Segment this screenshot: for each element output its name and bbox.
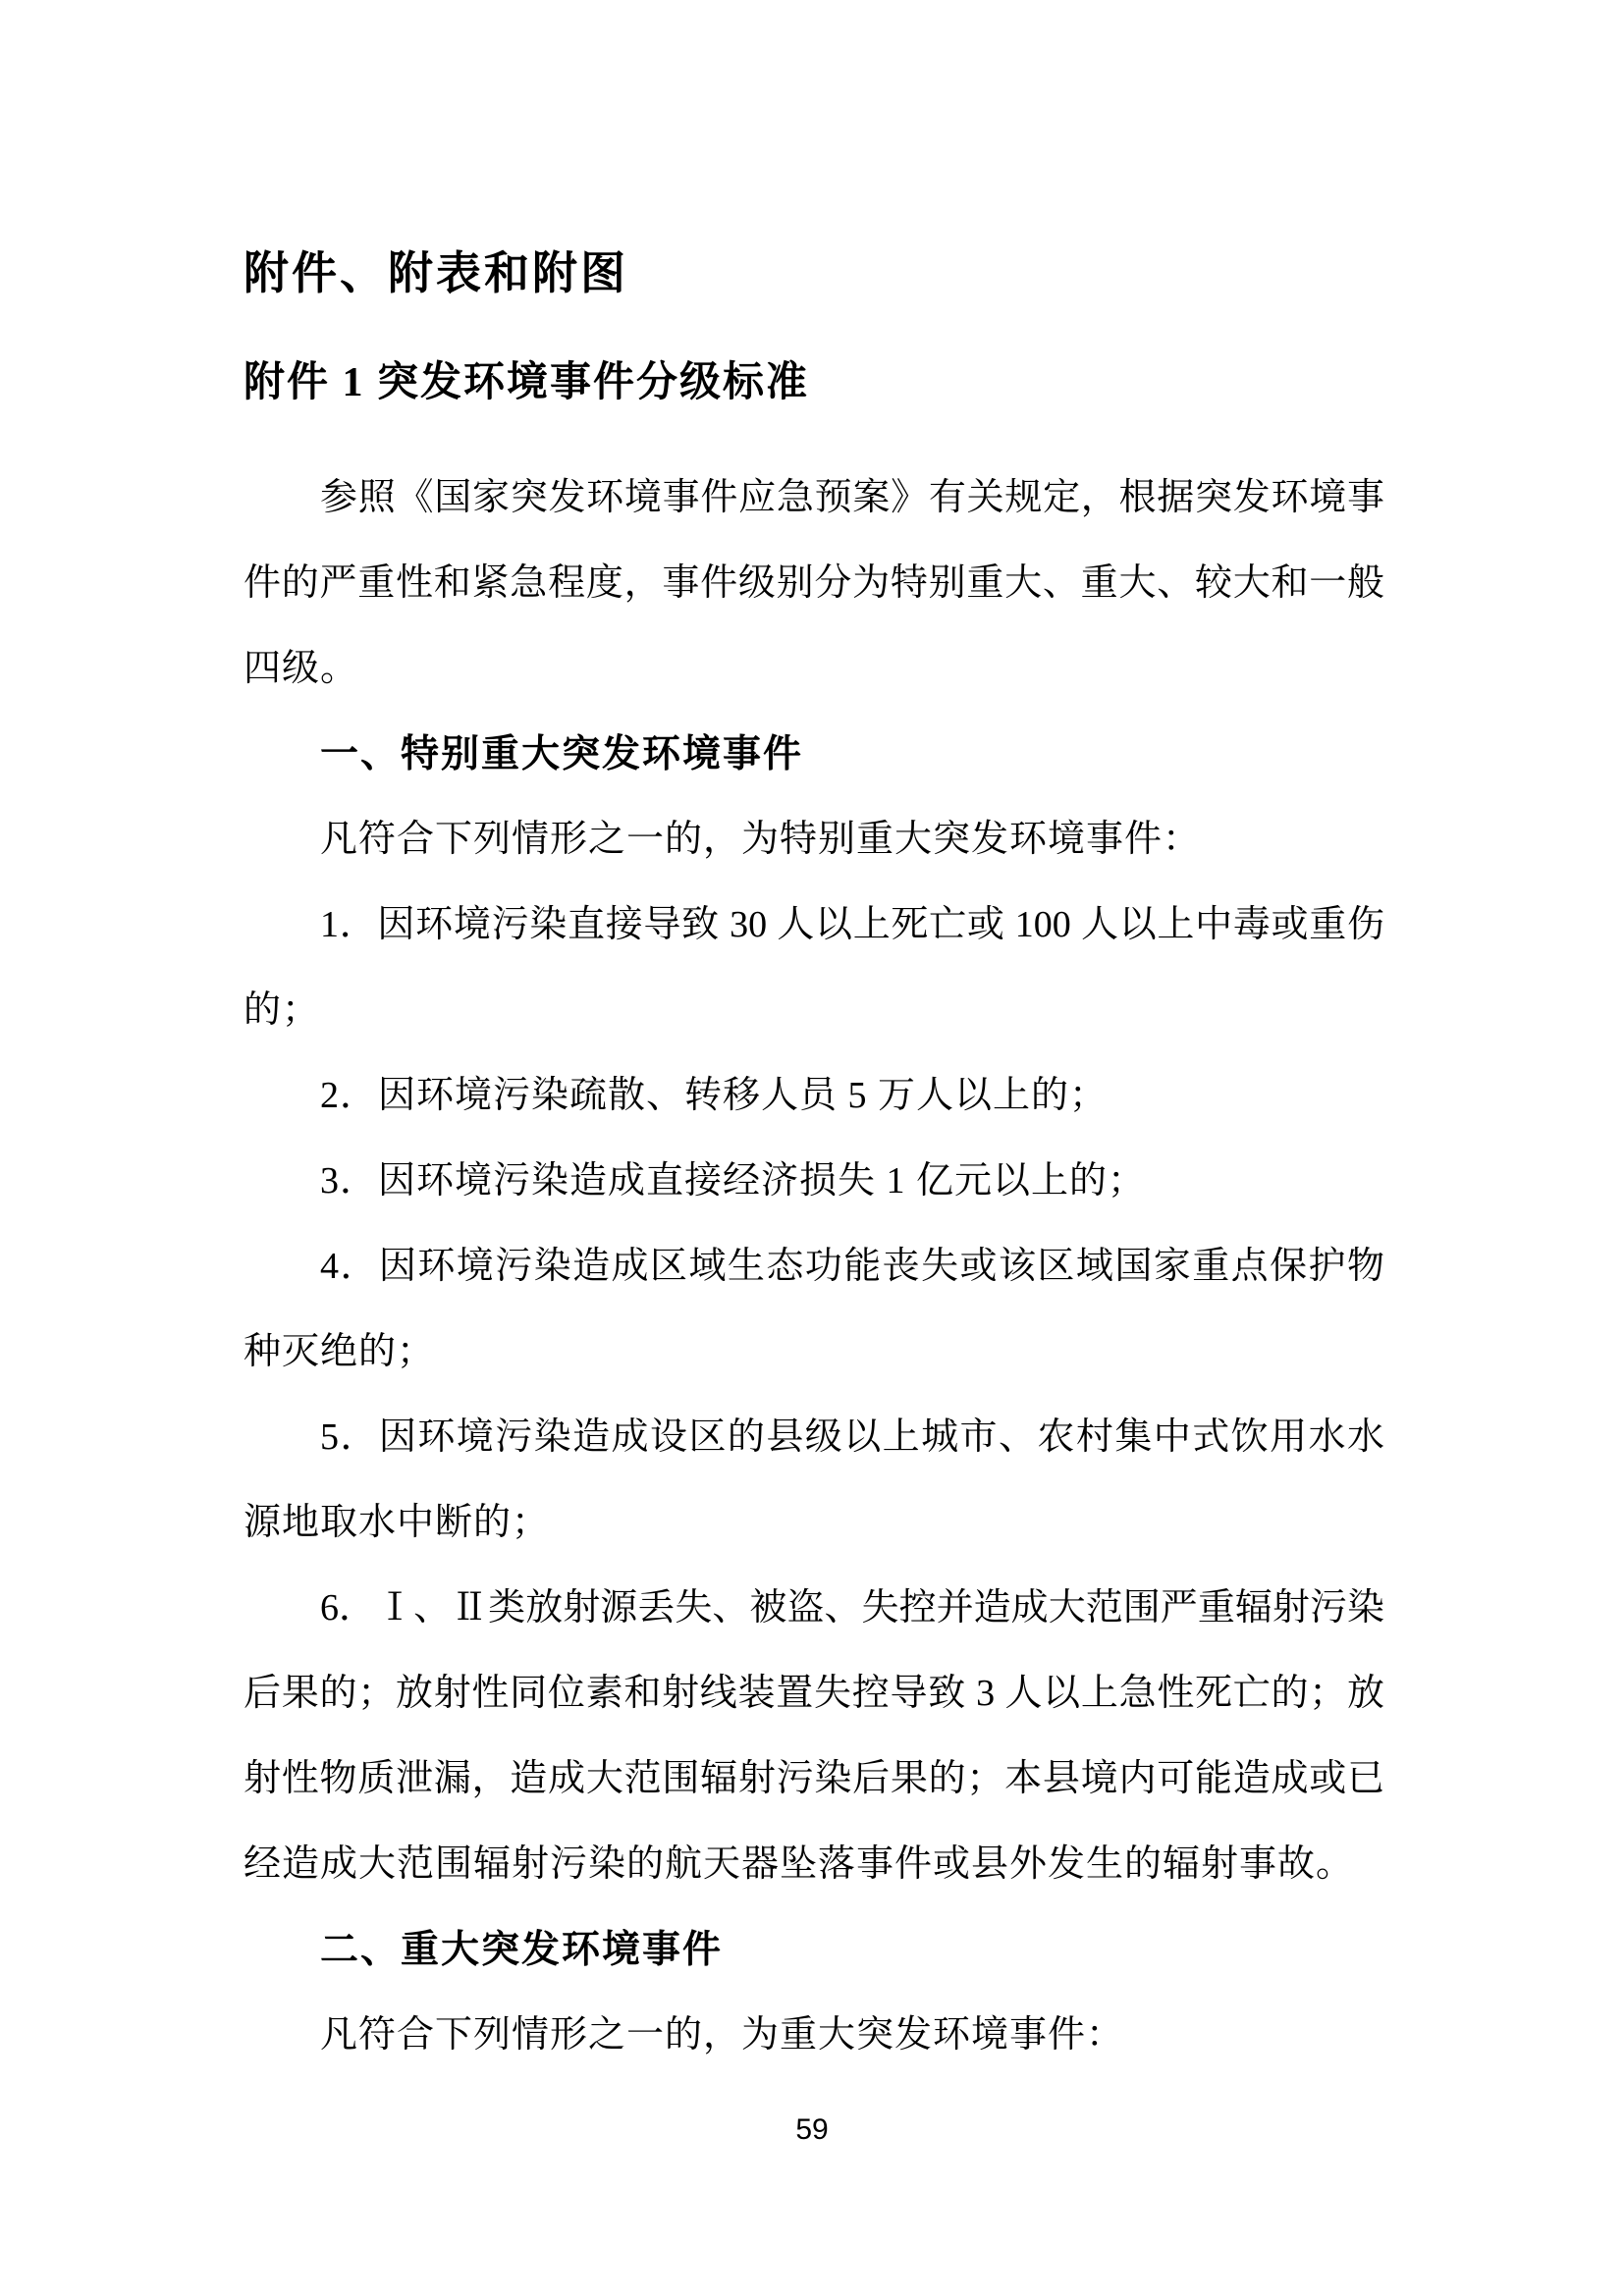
text-line: 参照《国家突发环境事件应急预案》有关规定，根据突发环境事: [244, 455, 1384, 541]
text-line: 5．因环境污染造成设区的县级以上城市、农村集中式饮用水水: [244, 1395, 1384, 1480]
page-number: 59: [0, 2112, 1624, 2148]
text-line: 种灭绝的；: [244, 1309, 1384, 1395]
text-line: 2．因环境污染疏散、转移人员 5 万人以上的；: [244, 1053, 1384, 1139]
document-page: 附件、附表和附图 附件 1 突发环境事件分级标准 参照《国家突发环境事件应急预案…: [0, 0, 1624, 2296]
section-subheading: 一、特别重大突发环境事件: [244, 712, 1384, 797]
text-line: 6．Ⅰ、Ⅱ类放射源丢失、被盗、失控并造成大范围严重辐射污染: [244, 1566, 1384, 1651]
doc-body: 参照《国家突发环境事件应急预案》有关规定，根据突发环境事件的严重性和紧急程度，事…: [244, 455, 1384, 2078]
text-line: 四级。: [244, 626, 1384, 712]
text-line: 4．因环境污染造成区域生态功能丧失或该区域国家重点保护物: [244, 1224, 1384, 1309]
text-line: 1．因环境污染直接导致 30 人以上死亡或 100 人以上中毒或重伤: [244, 882, 1384, 968]
text-line: 3．因环境污染造成直接经济损失 1 亿元以上的；: [244, 1139, 1384, 1224]
text-line: 经造成大范围辐射污染的航天器坠落事件或县外发生的辐射事故。: [244, 1822, 1384, 1907]
doc-section-heading: 附件 1 突发环境事件分级标准: [244, 355, 1384, 410]
text-line: 源地取水中断的；: [244, 1480, 1384, 1566]
section-subheading: 二、重大突发环境事件: [244, 1907, 1384, 1993]
text-line: 件的严重性和紧急程度，事件级别分为特别重大、重大、较大和一般: [244, 541, 1384, 626]
text-line: 的；: [244, 968, 1384, 1053]
text-line: 凡符合下列情形之一的，为重大突发环境事件：: [244, 1993, 1384, 2078]
text-line: 凡符合下列情形之一的，为特别重大突发环境事件：: [244, 797, 1384, 882]
text-line: 后果的；放射性同位素和射线装置失控导致 3 人以上急性死亡的；放: [244, 1651, 1384, 1736]
text-line: 射性物质泄漏，造成大范围辐射污染后果的；本县境内可能造成或已: [244, 1736, 1384, 1822]
doc-title: 附件、附表和附图: [244, 245, 1384, 302]
